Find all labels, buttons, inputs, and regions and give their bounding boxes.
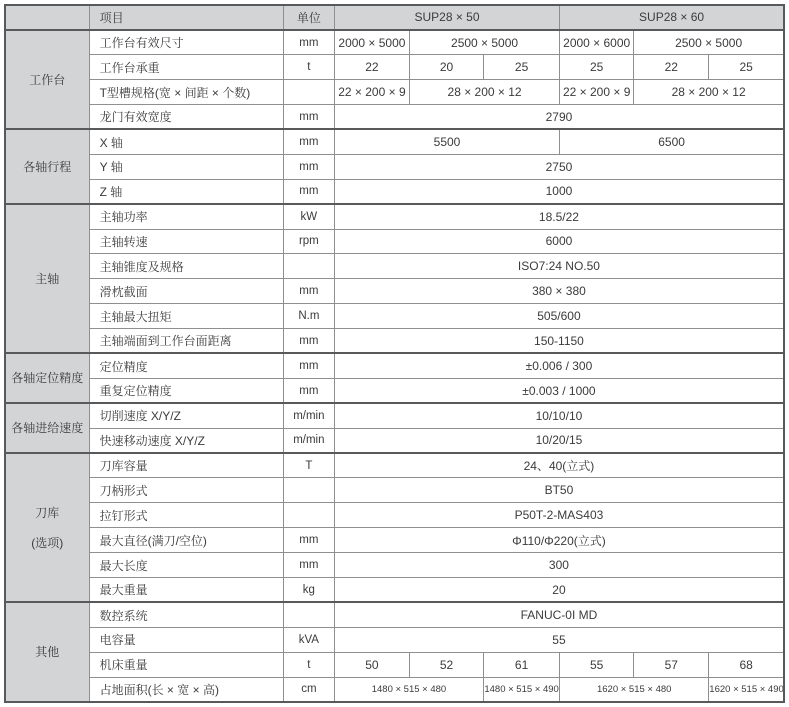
table-row: 其他数控系统FANUC-0I MD [5,602,784,627]
row-item-label: 切削速度 X/Y/Z [89,403,283,428]
group-label: 工作台 [5,30,89,130]
row-item-label: X 轴 [89,129,283,154]
table-row: 电容量kVA55 [5,627,784,652]
row-unit: mm [283,378,334,403]
row-unit: rpm [283,229,334,254]
table-header: 项目 单位 SUP28 × 50 SUP28 × 60 [5,5,784,30]
table-row: 主轴转速rpm6000 [5,229,784,254]
row-item-label: 主轴功率 [89,204,283,229]
table-row: 龙门有效宽度mm2790 [5,105,784,130]
spec-value: 1480 × 515 × 480 [334,677,483,702]
row-item-label: 定位精度 [89,353,283,378]
row-unit: mm [283,353,334,378]
group-label: 主轴 [5,204,89,353]
spec-value: 2790 [334,105,784,130]
spec-value: 150-1150 [334,329,784,354]
row-item-label: 电容量 [89,627,283,652]
table-row: 主轴端面到工作台面距离mm150-1150 [5,329,784,354]
table-row: 占地面积(长 × 宽 × 高)cm1480 × 515 × 4801480 × … [5,677,784,702]
row-item-label: 占地面积(长 × 宽 × 高) [89,677,283,702]
spec-value: 1620 × 515 × 480 [560,677,709,702]
group-label: 各轴行程 [5,129,89,204]
row-item-label: Y 轴 [89,154,283,179]
spec-value: 2750 [334,154,784,179]
spec-value: 2500 × 5000 [409,30,559,55]
header-row: 项目 单位 SUP28 × 50 SUP28 × 60 [5,5,784,30]
spec-value: P50T-2-MAS403 [334,503,784,528]
row-item-label: 主轴端面到工作台面距离 [89,329,283,354]
spec-value: 20 [409,55,483,80]
table-row: 主轴锥度及规格ISO7:24 NO.50 [5,254,784,279]
group-label: 各轴进给速度 [5,403,89,453]
row-item-label: 拉钉形式 [89,503,283,528]
spec-value: ±0.006 / 300 [334,353,784,378]
table-row: 工作台承重t222025252225 [5,55,784,80]
spec-value: FANUC-0I MD [334,602,784,627]
row-unit [283,80,334,105]
table-row: 各轴进给速度切削速度 X/Y/Zm/min10/10/10 [5,403,784,428]
table-row: 最大直径(满刀/空位)mmΦ110/Φ220(立式) [5,528,784,553]
spec-value: 6500 [560,129,784,154]
table-row: 快速移动速度 X/Y/Zm/min10/20/15 [5,428,784,453]
spec-value: 1620 × 515 × 490 [709,677,784,702]
row-unit: mm [283,279,334,304]
row-unit: N.m [283,304,334,329]
spec-table: 项目 单位 SUP28 × 50 SUP28 × 60 工作台工作台有效尺寸mm… [4,4,785,703]
row-item-label: 主轴锥度及规格 [89,254,283,279]
row-unit [283,478,334,503]
table-row: Z 轴mm1000 [5,179,784,204]
spec-value: 25 [560,55,634,80]
table-row: 最大重量kg20 [5,577,784,602]
table-row: 刀库 (选项)刀库容量T24、40(立式) [5,453,784,478]
row-unit: m/min [283,403,334,428]
table-row: T型槽规格(宽 × 间距 × 个数)22 × 200 × 928 × 200 ×… [5,80,784,105]
spec-value: 2000 × 6000 [560,30,634,55]
row-unit [283,503,334,528]
row-item-label: 龙门有效宽度 [89,105,283,130]
spec-value: 300 [334,553,784,578]
row-item-label: 刀库容量 [89,453,283,478]
spec-value: 2500 × 5000 [634,30,784,55]
row-unit: mm [283,329,334,354]
spec-value: 55 [560,652,634,677]
spec-value: Φ110/Φ220(立式) [334,528,784,553]
row-item-label: T型槽规格(宽 × 间距 × 个数) [89,80,283,105]
spec-value: 61 [484,652,560,677]
col-header-unit: 单位 [283,5,334,30]
spec-value: 57 [634,652,709,677]
spec-value: 20 [334,577,784,602]
corner-cell [5,5,89,30]
row-item-label: 机床重量 [89,652,283,677]
col-header-model-sup28x50: SUP28 × 50 [334,5,559,30]
spec-value: 25 [709,55,784,80]
row-item-label: Z 轴 [89,179,283,204]
row-unit [283,254,334,279]
group-label: 刀库 (选项) [5,453,89,602]
row-unit: kVA [283,627,334,652]
col-header-item: 项目 [89,5,283,30]
table-row: 滑枕截面mm380 × 380 [5,279,784,304]
spec-value: 10/10/10 [334,403,784,428]
table-row: 刀柄形式BT50 [5,478,784,503]
row-item-label: 工作台有效尺寸 [89,30,283,55]
row-item-label: 快速移动速度 X/Y/Z [89,428,283,453]
row-unit: m/min [283,428,334,453]
spec-value: 5500 [334,129,559,154]
spec-value: 22 [634,55,709,80]
row-unit: mm [283,30,334,55]
row-unit: kg [283,577,334,602]
spec-value: 6000 [334,229,784,254]
row-unit: mm [283,528,334,553]
row-unit: T [283,453,334,478]
spec-value: 10/20/15 [334,428,784,453]
row-item-label: 重复定位精度 [89,378,283,403]
col-header-model-sup28x60: SUP28 × 60 [560,5,784,30]
table-row: 最大长度mm300 [5,553,784,578]
spec-value: 380 × 380 [334,279,784,304]
spec-value: 68 [709,652,784,677]
spec-value: 24、40(立式) [334,453,784,478]
table-row: 主轴最大扭矩N.m505/600 [5,304,784,329]
row-unit: mm [283,553,334,578]
row-item-label: 滑枕截面 [89,279,283,304]
row-item-label: 数控系统 [89,602,283,627]
table-body: 工作台工作台有效尺寸mm2000 × 50002500 × 50002000 ×… [5,30,784,702]
spec-value: 1000 [334,179,784,204]
spec-value: 22 × 200 × 9 [560,80,634,105]
group-label: 各轴定位精度 [5,353,89,403]
spec-value: ±0.003 / 1000 [334,378,784,403]
row-item-label: 工作台承重 [89,55,283,80]
spec-value: 50 [334,652,409,677]
row-item-label: 刀柄形式 [89,478,283,503]
spec-value: 55 [334,627,784,652]
row-item-label: 最大长度 [89,553,283,578]
spec-value: 1480 × 515 × 490 [484,677,560,702]
row-unit: mm [283,154,334,179]
spec-value: 22 [334,55,409,80]
table-row: 机床重量t505261555768 [5,652,784,677]
spec-value: 25 [484,55,560,80]
table-row: Y 轴mm2750 [5,154,784,179]
spec-value: 28 × 200 × 12 [409,80,559,105]
row-unit [283,602,334,627]
spec-value: 18.5/22 [334,204,784,229]
row-unit: cm [283,677,334,702]
row-unit: t [283,55,334,80]
table-row: 重复定位精度mm±0.003 / 1000 [5,378,784,403]
spec-value: 22 × 200 × 9 [334,80,409,105]
table-row: 各轴行程X 轴mm55006500 [5,129,784,154]
spec-value: 505/600 [334,304,784,329]
table-row: 各轴定位精度定位精度mm±0.006 / 300 [5,353,784,378]
spec-value: 28 × 200 × 12 [634,80,784,105]
row-unit: mm [283,105,334,130]
row-unit: mm [283,129,334,154]
row-item-label: 主轴转速 [89,229,283,254]
table-row: 主轴主轴功率kW18.5/22 [5,204,784,229]
spec-value: 52 [409,652,483,677]
spec-value: BT50 [334,478,784,503]
row-item-label: 最大直径(满刀/空位) [89,528,283,553]
spec-value: ISO7:24 NO.50 [334,254,784,279]
row-unit: mm [283,179,334,204]
row-unit: t [283,652,334,677]
row-item-label: 主轴最大扭矩 [89,304,283,329]
row-item-label: 最大重量 [89,577,283,602]
group-label: 其他 [5,602,89,702]
spec-value: 2000 × 5000 [334,30,409,55]
page: 项目 单位 SUP28 × 50 SUP28 × 60 工作台工作台有效尺寸mm… [0,0,789,707]
table-row: 拉钉形式P50T-2-MAS403 [5,503,784,528]
row-unit: kW [283,204,334,229]
table-row: 工作台工作台有效尺寸mm2000 × 50002500 × 50002000 ×… [5,30,784,55]
